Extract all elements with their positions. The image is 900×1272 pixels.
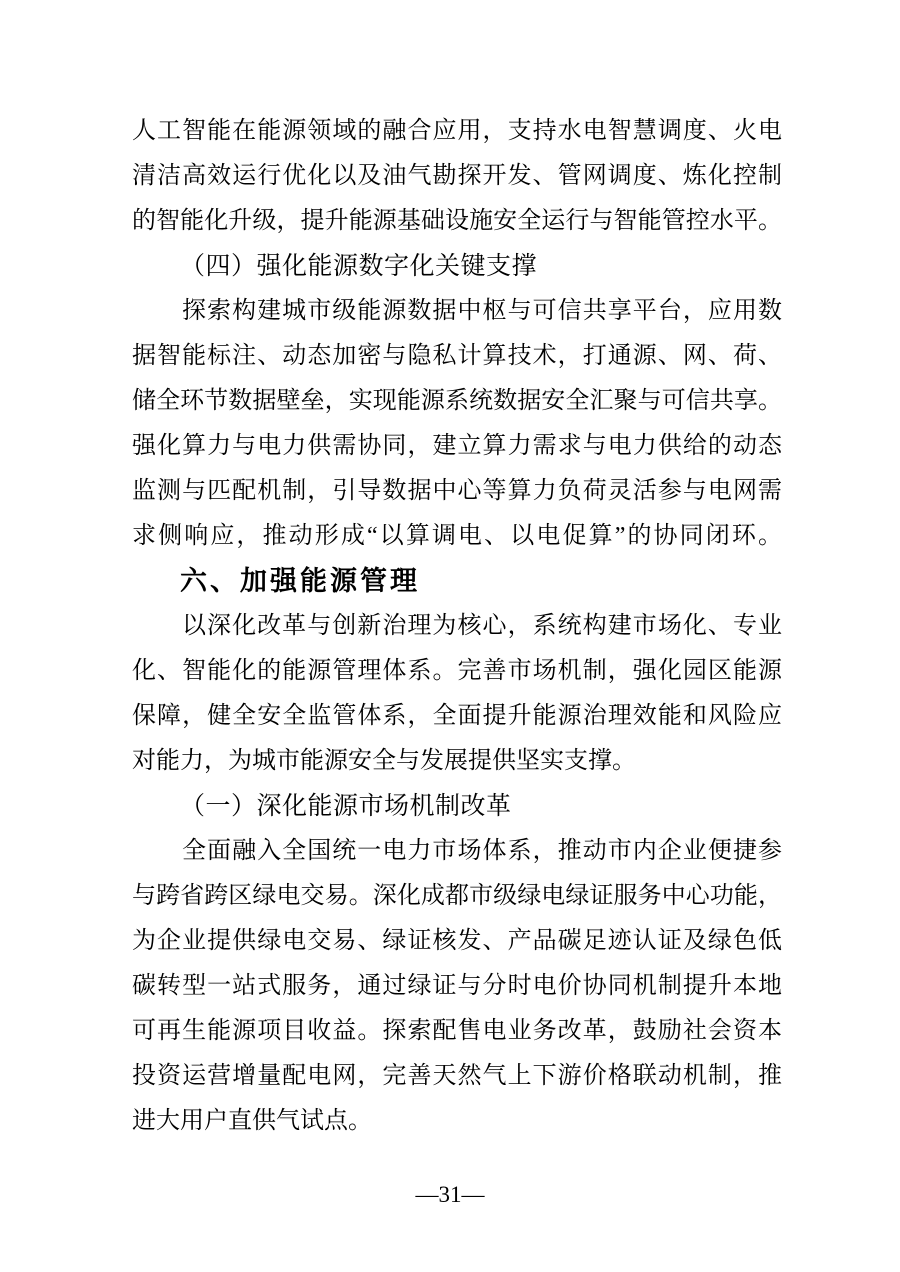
body-line: 的智能化升级，提升能源基础设施安全运行与智能管控水平。	[132, 199, 782, 244]
body-line: 化、智能化的能源管理体系。完善市场机制，强化园区能源	[132, 649, 782, 694]
body-line: 以深化改革与创新治理为核心，系统构建市场化、专业	[132, 604, 782, 649]
body-line: 对能力，为城市能源安全与发展提供坚实支撑。	[132, 739, 782, 784]
document-page: 人工智能在能源领域的融合应用，支持水电智慧调度、火电 清洁高效运行优化以及油气勘…	[0, 0, 900, 1272]
body-line: 全面融入全国统一电力市场体系，推动市内企业便捷参	[132, 829, 782, 874]
body-line: 碳转型一站式服务，通过绿证与分时电价协同机制提升本地	[132, 964, 782, 1009]
sub-section-heading: （一）深化能源市场机制改革	[132, 784, 782, 829]
body-line: 人工智能在能源领域的融合应用，支持水电智慧调度、火电	[132, 109, 782, 154]
body-line: 与跨省跨区绿电交易。深化成都市级绿电绿证服务中心功能，	[132, 874, 782, 919]
body-line: 储全环节数据壁垒，实现能源系统数据安全汇聚与可信共享。	[132, 379, 782, 424]
body-line: 为企业提供绿电交易、绿证核发、产品碳足迹认证及绿色低	[132, 919, 782, 964]
body-line: 投资运营增量配电网，完善天然气上下游价格联动机制，推	[132, 1054, 782, 1099]
body-line: 监测与匹配机制，引导数据中心等算力负荷灵活参与电网需	[132, 469, 782, 514]
body-line: 保障，健全安全监管体系，全面提升能源治理效能和风险应	[132, 694, 782, 739]
section-heading: 六、加强能源管理	[132, 559, 782, 604]
body-line: 探索构建城市级能源数据中枢与可信共享平台，应用数	[132, 289, 782, 334]
page-number: —31—	[0, 1172, 900, 1217]
body-line: 清洁高效运行优化以及油气勘探开发、管网调度、炼化控制	[132, 154, 782, 199]
body-line: 进大用户直供气试点。	[132, 1099, 782, 1144]
body-line: 强化算力与电力供需协同，建立算力需求与电力供给的动态	[132, 424, 782, 469]
text-block: 人工智能在能源领域的融合应用，支持水电智慧调度、火电 清洁高效运行优化以及油气勘…	[132, 109, 782, 1144]
body-line: 据智能标注、动态加密与隐私计算技术，打通源、网、荷、	[132, 334, 782, 379]
sub-section-heading: （四）强化能源数字化关键支撑	[132, 244, 782, 289]
body-line: 可再生能源项目收益。探索配售电业务改革，鼓励社会资本	[132, 1009, 782, 1054]
body-line: 求侧响应，推动形成“以算调电、以电促算”的协同闭环。	[132, 514, 782, 559]
